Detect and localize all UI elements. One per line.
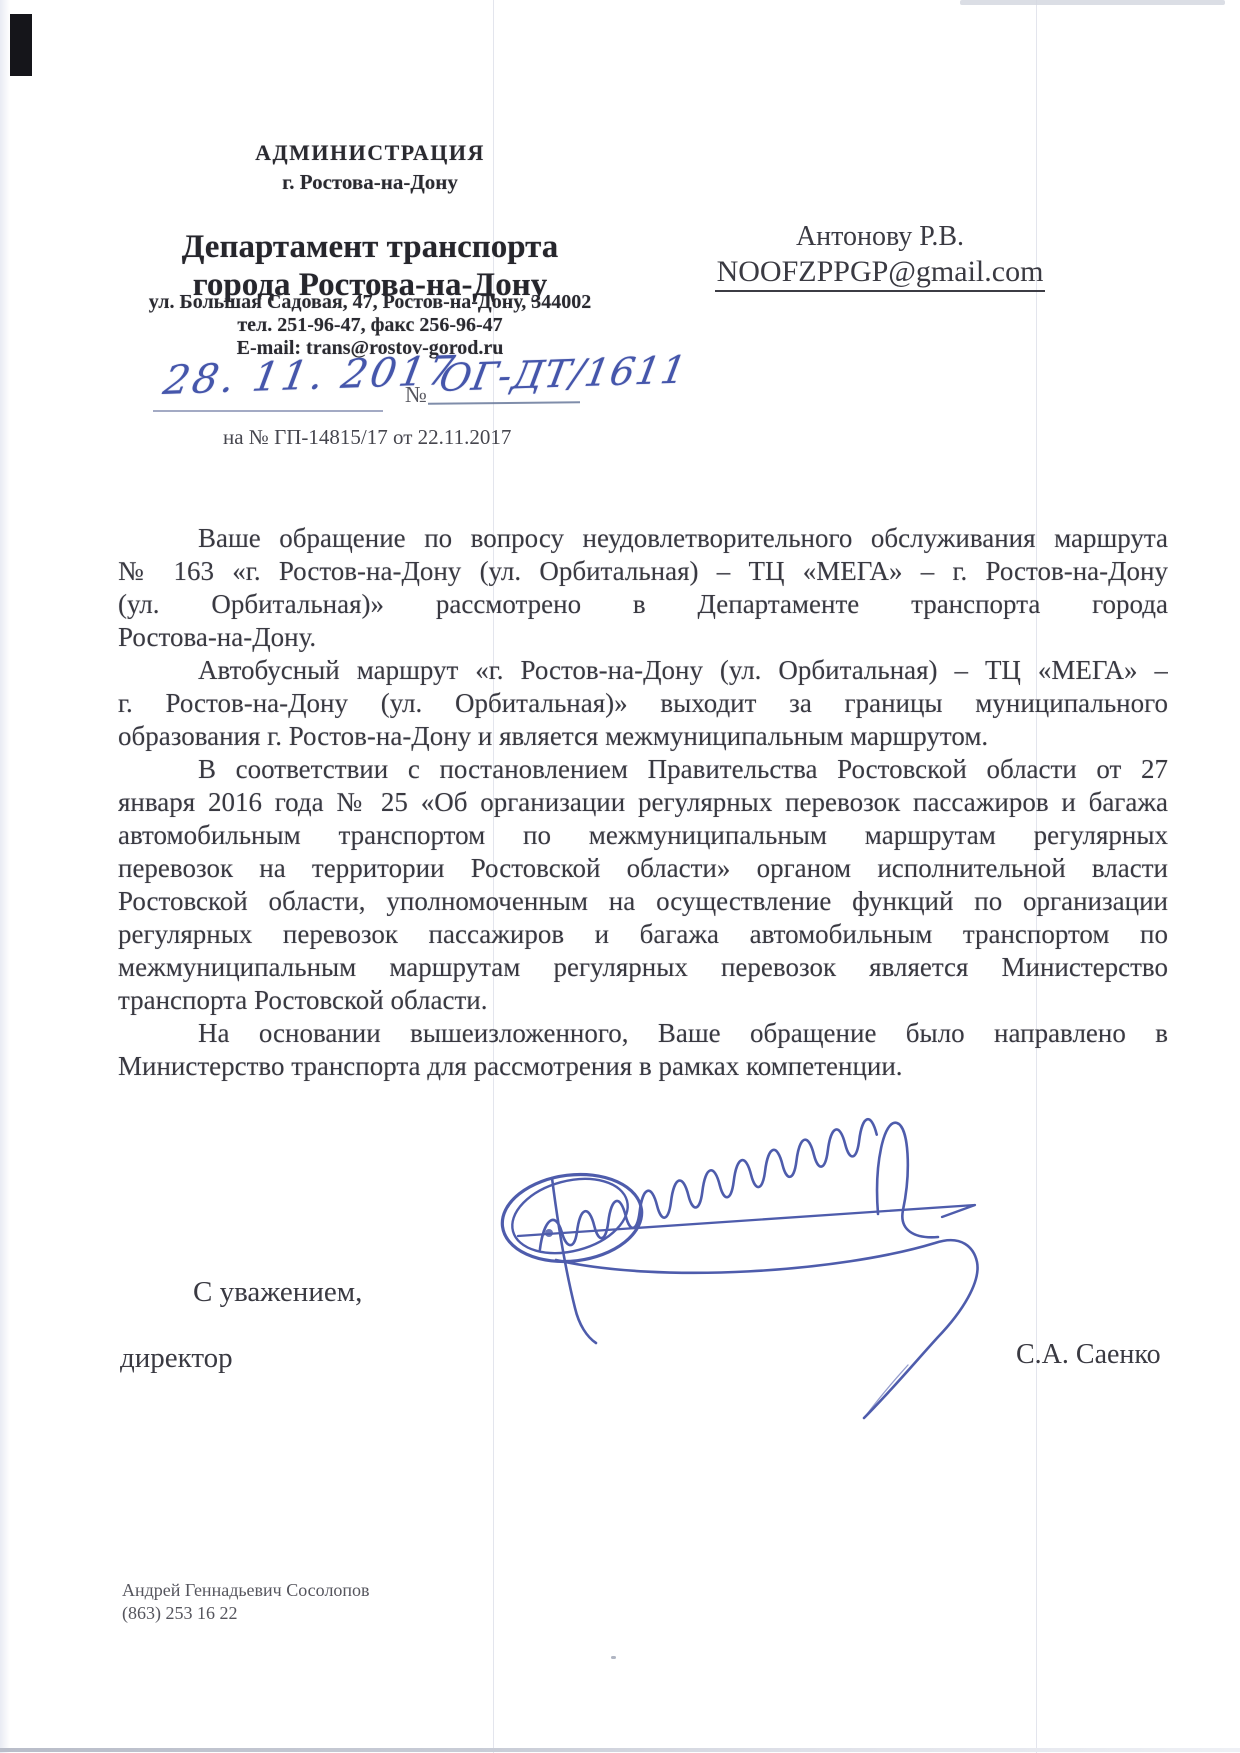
body-line: перевозок на территории Ростовской облас…	[118, 852, 1168, 885]
scanned-letter-page: АДМИНИСТРАЦИЯ г. Ростова-на-Дону Департа…	[0, 0, 1240, 1753]
letterhead-phone: тел. 251-96-47, факс 256-96-47	[95, 314, 645, 337]
body-line: г. Ростов-на-Дону (ул. Орбитальная)» вых…	[118, 687, 1168, 720]
date-underline	[153, 410, 383, 412]
executor-name: Андрей Геннадьевич Сосолопов	[122, 1580, 370, 1601]
department-line1: Департамент транспорта	[95, 229, 645, 266]
body-line: регулярных перевозок пассажиров и багажа…	[118, 918, 1168, 951]
org-name-line2: г. Ростова-на-Дону	[95, 170, 645, 195]
scan-corner-mark	[10, 14, 32, 76]
body-line: На основании вышеизложенного, Ваше обращ…	[118, 1017, 1168, 1050]
number-underline	[428, 401, 580, 405]
scan-bottom-line	[0, 1748, 1240, 1752]
body-line: образования г. Ростов-на-Дону и является…	[118, 720, 1168, 753]
recipient-email: NOOFZPPGP@gmail.com	[715, 255, 1046, 292]
signature-scribble	[470, 1090, 1010, 1450]
number-sign: №	[405, 382, 427, 408]
body-line: Ростова-на-Дону.	[118, 621, 1168, 654]
executor-phone: (863) 253 16 22	[122, 1603, 238, 1624]
scan-speck	[611, 1656, 616, 1659]
recipient-block: Антонову Р.В. NOOFZPPGP@gmail.com	[690, 219, 1070, 292]
body-line: В соответствии с постановлением Правител…	[118, 753, 1168, 786]
body-line: Ростовской области, уполномоченным на ос…	[118, 885, 1168, 918]
body-line: межмуниципальным маршрутам регулярных пе…	[118, 951, 1168, 984]
recipient-name: Антонову Р.В.	[690, 219, 1070, 255]
signer-position: директор	[120, 1342, 233, 1375]
scan-smudge	[960, 0, 1225, 5]
body-line: автомобильным транспортом по межмуниципа…	[118, 819, 1168, 852]
body-line: Министерство транспорта для рассмотрения…	[118, 1050, 1168, 1083]
body-line: января 2016 года № 25 «Об организации ре…	[118, 786, 1168, 819]
body-line: (ул. Орбитальная)» рассмотрено в Департа…	[118, 588, 1168, 621]
body-line: № 163 «г. Ростов-на-Дону (ул. Орбитальна…	[118, 555, 1168, 588]
scan-edge-shadow	[0, 0, 10, 1753]
reference-line: на № ГП-14815/17 от 22.11.2017	[223, 425, 511, 450]
body-paragraphs: Ваше обращение по вопросу неудовлетворит…	[118, 522, 1168, 1083]
org-name-line1: АДМИНИСТРАЦИЯ	[95, 140, 645, 166]
signer-name: С.А. Саенко	[1016, 1339, 1161, 1371]
body-line: Автобусный маршрут «г. Ростов-на-Дону (у…	[118, 654, 1168, 687]
body-line: транспорта Ростовской области.	[118, 984, 1168, 1017]
handwritten-number: ОГ-ДТ/1611	[436, 347, 690, 400]
closing-respect: С уважением,	[193, 1276, 362, 1309]
letterhead-address: ул. Большая Садовая, 47, Ростов-на-Дону,…	[95, 291, 645, 314]
body-line: Ваше обращение по вопросу неудовлетворит…	[118, 522, 1168, 555]
